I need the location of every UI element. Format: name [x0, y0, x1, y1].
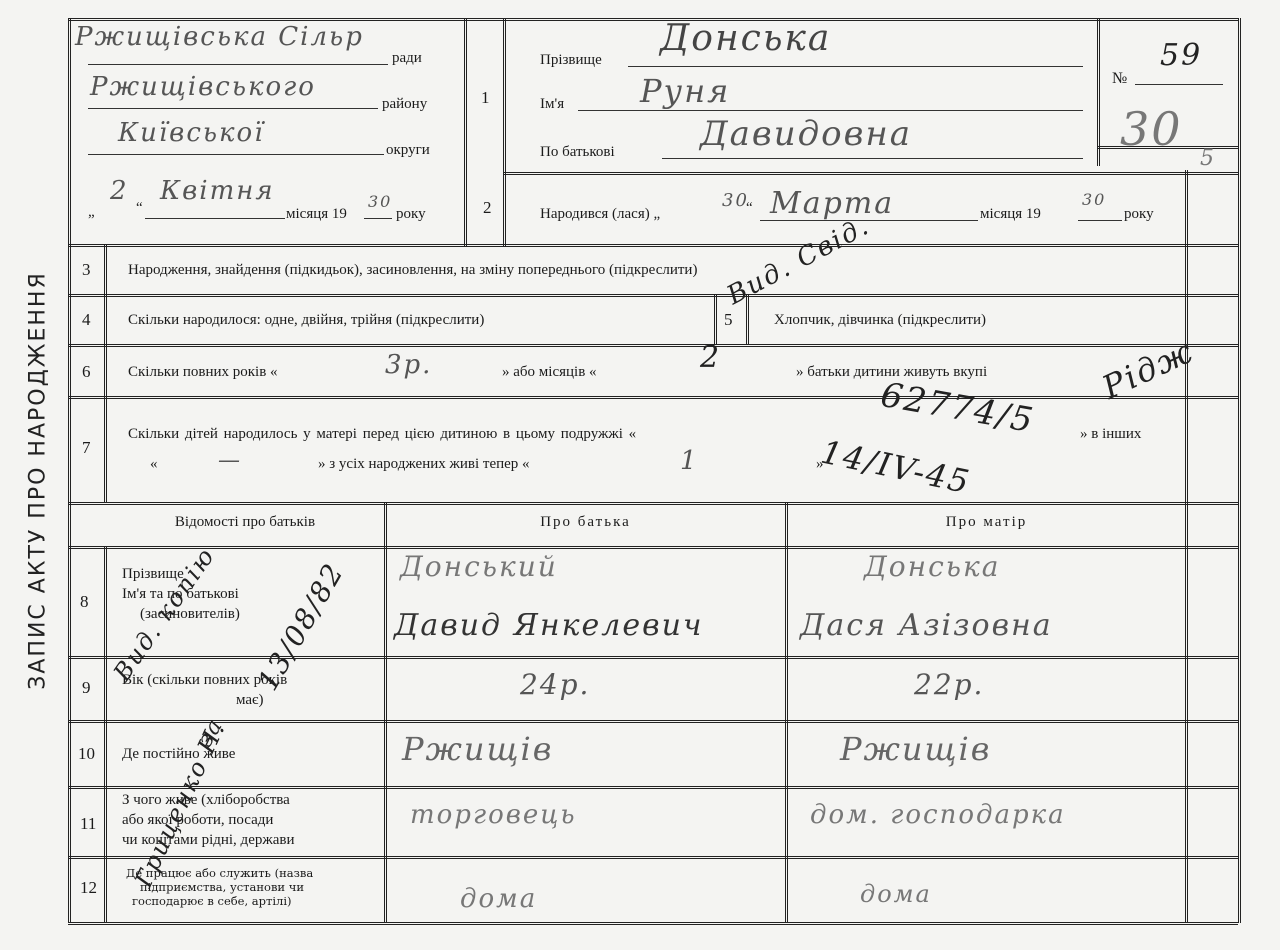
- child-name: Руня: [640, 72, 730, 110]
- father-residence: Ржищів: [402, 730, 553, 768]
- born-label: Народився (лася) „: [540, 206, 660, 223]
- date-open-quote: „: [88, 204, 95, 221]
- row-number: 7: [82, 438, 91, 458]
- frame-line: [1238, 18, 1241, 923]
- header-mother: Про матір: [789, 514, 1184, 531]
- record-stamp-extra: 5: [1200, 146, 1216, 171]
- frame-line: [1097, 18, 1100, 166]
- mother-workplace: дома: [860, 880, 932, 908]
- date-close-quote: “: [136, 200, 143, 217]
- frame-line: [464, 18, 467, 246]
- row-number: 5: [724, 310, 733, 330]
- years-together-label: Скільки повних років «: [128, 364, 278, 381]
- father-name: Давид Янкелевич: [394, 608, 704, 643]
- father-occupation: торговець: [410, 800, 577, 830]
- frame-line: [68, 656, 1238, 659]
- frame-line: [384, 502, 387, 922]
- row-label: або якої роботи, посади: [122, 812, 273, 829]
- mother-occupation: дом. господарка: [810, 800, 1066, 830]
- alive-label: » з усіх народжених живі тепер «: [318, 456, 530, 473]
- council-label: ради: [392, 50, 422, 67]
- registry-year-label: року: [396, 206, 426, 223]
- other-marriages-value: —: [218, 448, 242, 473]
- patronymic-label: По батькові: [540, 144, 615, 161]
- district-value: Ржищівського: [90, 72, 316, 102]
- frame-line: [68, 502, 1238, 505]
- frame-line: [68, 294, 1238, 297]
- surname-label: Прізвище: [540, 52, 602, 69]
- birth-year: 30: [1082, 190, 1106, 209]
- birth-type-options: Народження, знайдення (підкидьок), засин…: [128, 262, 697, 279]
- row-number: 8: [80, 592, 89, 612]
- row-number: 4: [82, 310, 91, 330]
- registry-month-label: місяця 19: [286, 206, 347, 223]
- father-workplace: дома: [460, 884, 537, 914]
- frame-line: [68, 344, 1238, 347]
- frame-line: [68, 786, 1238, 789]
- annotation-date: 14/IV-45: [818, 433, 974, 502]
- side-title-text: ЗАПИС АКТУ ПРО НАРОДЖЕННЯ: [26, 271, 51, 689]
- council-value: Ржищівська Сільр: [75, 22, 364, 52]
- frame-line: [503, 18, 506, 246]
- frame-line: [68, 922, 1238, 925]
- frame-line: [68, 18, 1238, 21]
- frame-line: [68, 546, 1238, 549]
- born-year-label: року: [1124, 206, 1154, 223]
- annotation-copy-date: 13/08/82: [251, 557, 350, 696]
- frame-line: [68, 856, 1238, 859]
- registry-month: Квітня: [160, 176, 275, 206]
- born-month-label: місяця 19: [980, 206, 1041, 223]
- birth-count-options: Скільки народилося: одне, двійня, трійня…: [128, 312, 484, 329]
- quote-open: «: [150, 456, 158, 473]
- prior-children-label: Скільки дітей народилось у матері перед …: [128, 426, 636, 443]
- row-label: З чого живе (хліборобства: [122, 792, 290, 809]
- frame-line: [68, 244, 1238, 247]
- mother-age: 22р.: [914, 668, 984, 701]
- okruha-value: Київської: [118, 118, 265, 148]
- father-age: 24р.: [520, 668, 590, 701]
- row-number: 10: [78, 744, 95, 764]
- side-title: ЗАПИС АКТУ ПРО НАРОДЖЕННЯ: [18, 170, 58, 790]
- frame-line: [503, 172, 1238, 175]
- row-number: 11: [80, 814, 96, 834]
- child-surname: Донська: [660, 18, 831, 59]
- row-number: 9: [82, 678, 91, 698]
- name-label: Ім'я: [540, 96, 564, 113]
- annotation-number: 62774/5: [878, 375, 1038, 441]
- record-number-label: №: [1112, 70, 1127, 88]
- months-together-value: 2: [700, 340, 721, 375]
- frame-line: [68, 720, 1238, 723]
- months-together-label: » або місяців «: [502, 364, 597, 381]
- father-surname: Донський: [400, 550, 558, 583]
- frame-line: [785, 502, 788, 922]
- district-label: району: [382, 96, 427, 113]
- other-marriages-label: » в інших: [1080, 426, 1141, 443]
- okruha-label: округи: [386, 142, 430, 159]
- years-together-value: 3р.: [385, 350, 432, 380]
- registry-day: 2: [110, 176, 129, 206]
- frame-line: [104, 244, 107, 502]
- header-parents-info: Відомості про батьків: [108, 514, 382, 531]
- frame-line: [714, 294, 717, 344]
- mother-surname: Донська: [864, 550, 1000, 583]
- registry-year: 30: [368, 192, 392, 211]
- record-number-value: 59: [1160, 38, 1202, 73]
- frame-line: [68, 396, 1238, 399]
- mother-residence: Ржищів: [840, 730, 991, 768]
- child-sex-options: Хлопчик, дівчинка (підкреслити): [774, 312, 986, 329]
- born-close-quote: “: [746, 200, 753, 217]
- row-label: має): [236, 692, 263, 709]
- frame-line: [104, 546, 107, 922]
- birth-month: Марта: [770, 186, 894, 221]
- header-father: Про батька: [388, 514, 783, 531]
- section-number: 1: [481, 88, 490, 108]
- row-number: 3: [82, 260, 91, 280]
- section-number: 2: [483, 198, 492, 218]
- mother-name: Дася Азізовна: [800, 608, 1053, 643]
- row-number: 12: [80, 878, 97, 898]
- birth-day: 30: [722, 190, 749, 211]
- row-label: підприємства, установи чи: [140, 880, 304, 894]
- alive-value: 1: [680, 446, 699, 476]
- child-patronymic: Давидовна: [700, 114, 912, 154]
- row-number: 6: [82, 362, 91, 382]
- record-stamp: 30: [1120, 102, 1183, 156]
- row-label: господарює в себе, артілі): [132, 894, 292, 908]
